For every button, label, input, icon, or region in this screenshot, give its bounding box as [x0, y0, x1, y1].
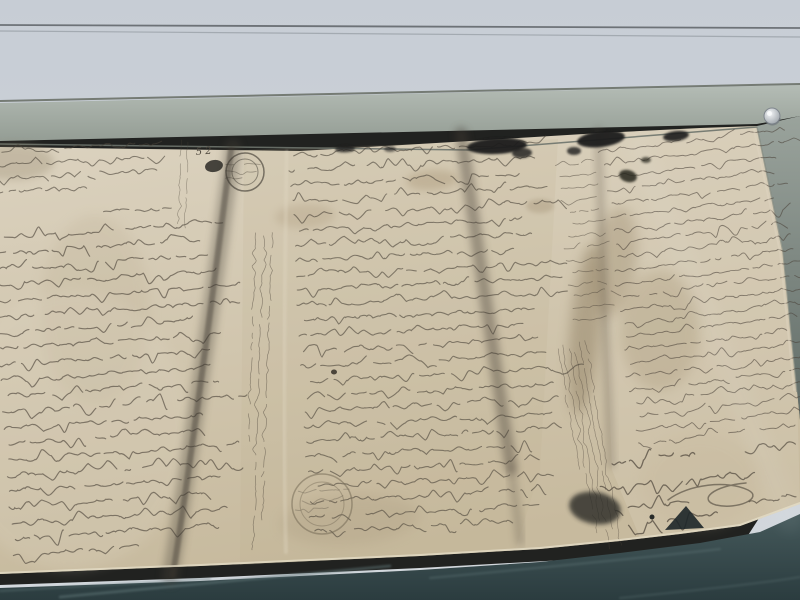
glass-screw [764, 108, 780, 125]
tear-blob-7 [641, 157, 651, 163]
screw-highlight [767, 111, 772, 116]
tear-blob-4 [567, 147, 581, 155]
museum-display-photo: 52 [0, 0, 800, 600]
stain-middle-small [526, 199, 554, 213]
screw-head-icon [764, 108, 780, 124]
page-number: 52 [195, 145, 215, 158]
tear-blob-9 [384, 146, 396, 152]
ink-blot [331, 370, 337, 375]
photo-canvas: 52 [0, 0, 800, 600]
paper-hole-dot [650, 515, 655, 520]
